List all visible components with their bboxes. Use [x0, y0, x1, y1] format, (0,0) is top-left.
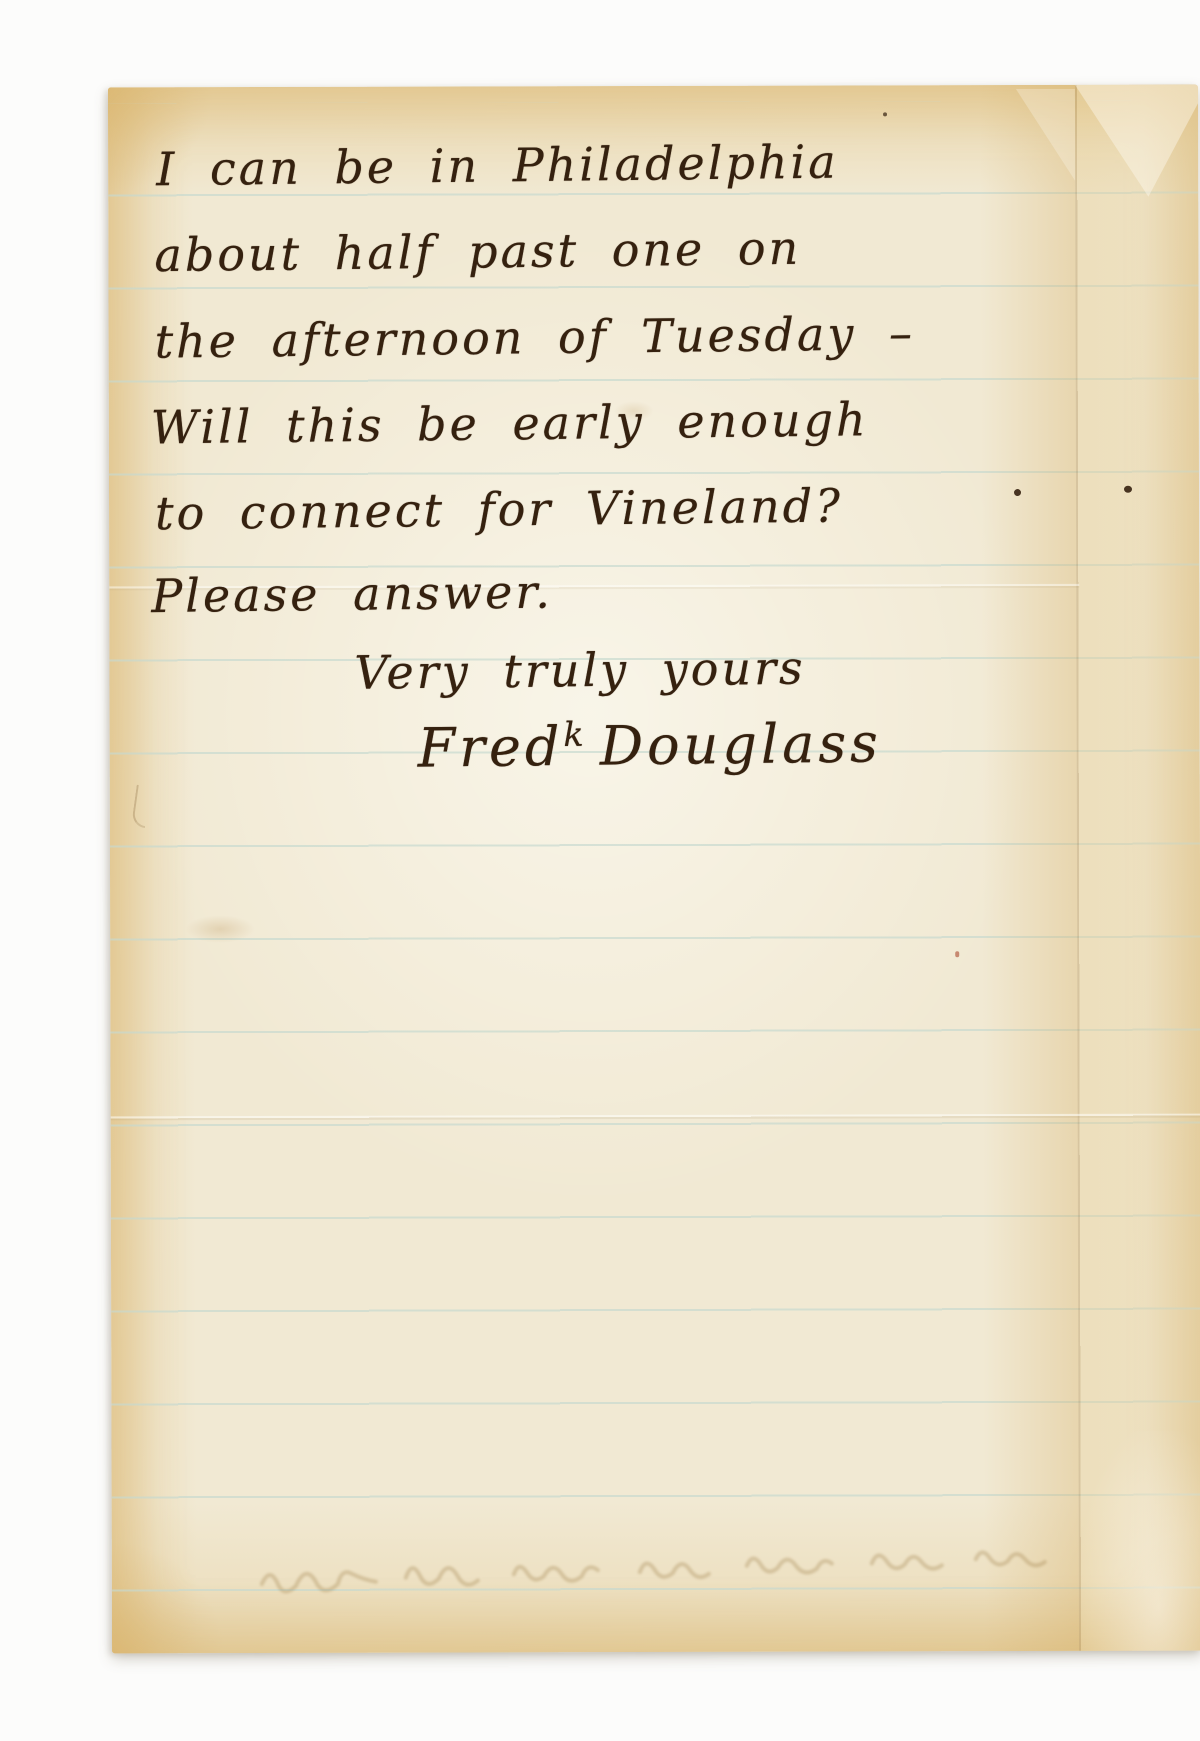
- letter-line-2: about half past one on: [154, 221, 801, 282]
- letter-page: I can be in Philadelphia about half past…: [108, 85, 1200, 1654]
- signature-superscript: k: [563, 715, 586, 754]
- letter-line-5: to connect for Vineland?: [155, 479, 843, 541]
- photo-backdrop: I can be in Philadelphia about half past…: [0, 0, 1200, 1741]
- handwritten-text: I can be in Philadelphia about half past…: [108, 85, 1200, 1654]
- signature-surname: Douglass: [599, 711, 882, 777]
- letter-line-3: the afternoon of Tuesday –: [154, 306, 915, 369]
- letter-line-1: I can be in Philadelphia: [156, 135, 839, 197]
- signature-given: Fred: [417, 715, 564, 780]
- letter-line-4: Will this be early enough: [151, 392, 869, 454]
- signature: FredkDouglass: [417, 711, 882, 779]
- letter-line-6: Please answer.: [151, 565, 553, 624]
- letter-closing: Very truly yours: [354, 641, 806, 700]
